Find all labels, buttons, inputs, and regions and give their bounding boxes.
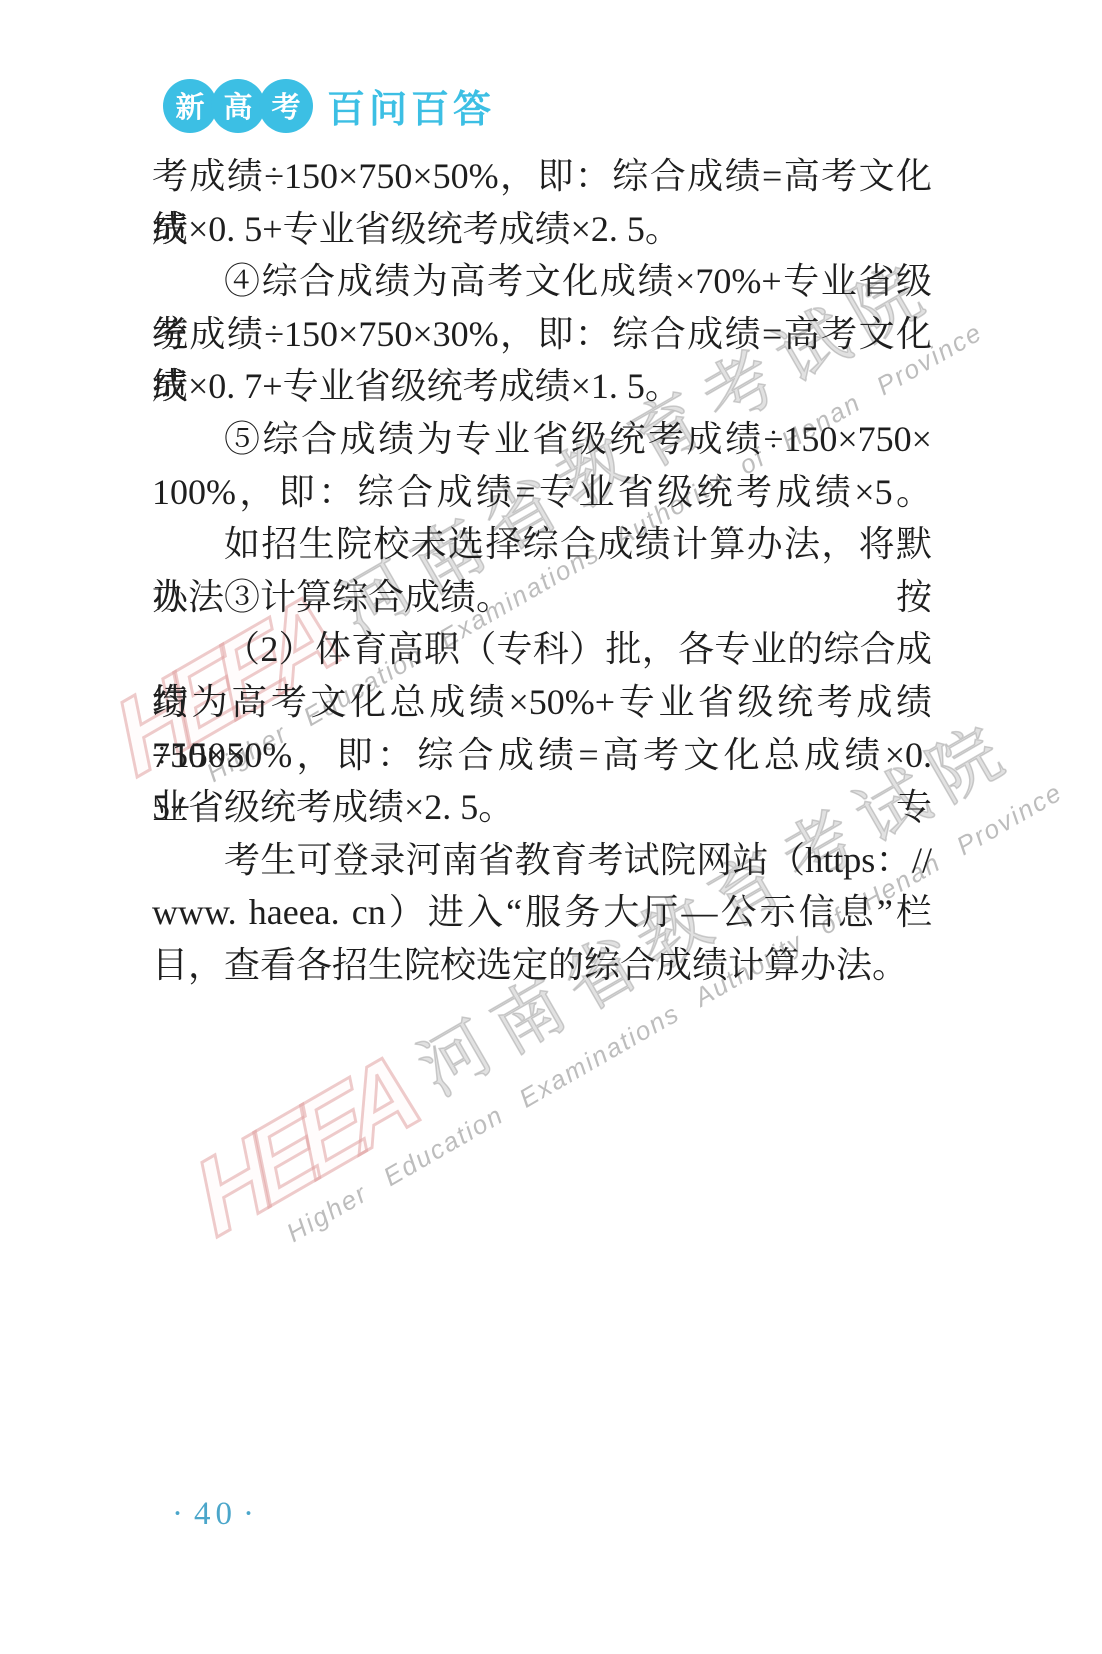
body-line: 绩×0. 7+专业省级统考成绩×1. 5。 — [152, 360, 932, 413]
page-number: · 40 · — [172, 1496, 259, 1533]
body-line: 如招生院校未选择综合成绩计算办法，将默认按 — [152, 518, 932, 571]
body-line: 均为高考文化总成绩×50%+专业省级统考成绩÷150× — [152, 676, 932, 729]
body-line: 绩×0. 5+专业省级统考成绩×2. 5。 — [152, 203, 932, 256]
page-number-dot-right: · — [243, 1496, 259, 1533]
body-line: 750×50%，即：综合成绩=高考文化总成绩×0. 5+专 — [152, 729, 932, 782]
body-line: （2）体育高职（专科）批，各专业的综合成绩 — [152, 623, 932, 676]
body-line: 目，查看各招生院校选定的综合成绩计算办法。 — [152, 939, 932, 992]
page-body-text: 考成绩÷150×750×50%，即：综合成绩=高考文化成 绩×0. 5+专业省级… — [152, 150, 932, 992]
body-line: www. haeea. cn）进入“服务大厅—公示信息”栏 — [152, 886, 932, 939]
header-logo: 新 高 考 百问百答 — [163, 78, 495, 133]
heea-logo: HEEA — [182, 1042, 419, 1254]
body-line: ⑤综合成绩为专业省级统考成绩÷150×750× — [152, 413, 932, 466]
page-number-dot-left: · — [172, 1496, 188, 1533]
logo-circles: 新 高 考 — [163, 79, 313, 133]
logo-circle-gao: 高 — [211, 79, 265, 133]
body-line: 考成绩÷150×750×50%，即：综合成绩=高考文化成 — [152, 150, 932, 203]
body-line: ④综合成绩为高考文化成绩×70%+专业省级统 — [152, 255, 932, 308]
body-line: 考生可登录河南省教育考试院网站（https：// — [152, 834, 932, 887]
logo-title: 百问百答 — [327, 78, 495, 133]
body-line: 100%，即：综合成绩=专业省级统考成绩×5。 — [152, 466, 932, 519]
logo-circle-xin: 新 — [163, 79, 217, 133]
page-number-value: 40 — [194, 1496, 237, 1533]
logo-circle-kao: 考 — [259, 79, 313, 133]
body-line: 考成绩÷150×750×30%，即：综合成绩=高考文化成 — [152, 308, 932, 361]
